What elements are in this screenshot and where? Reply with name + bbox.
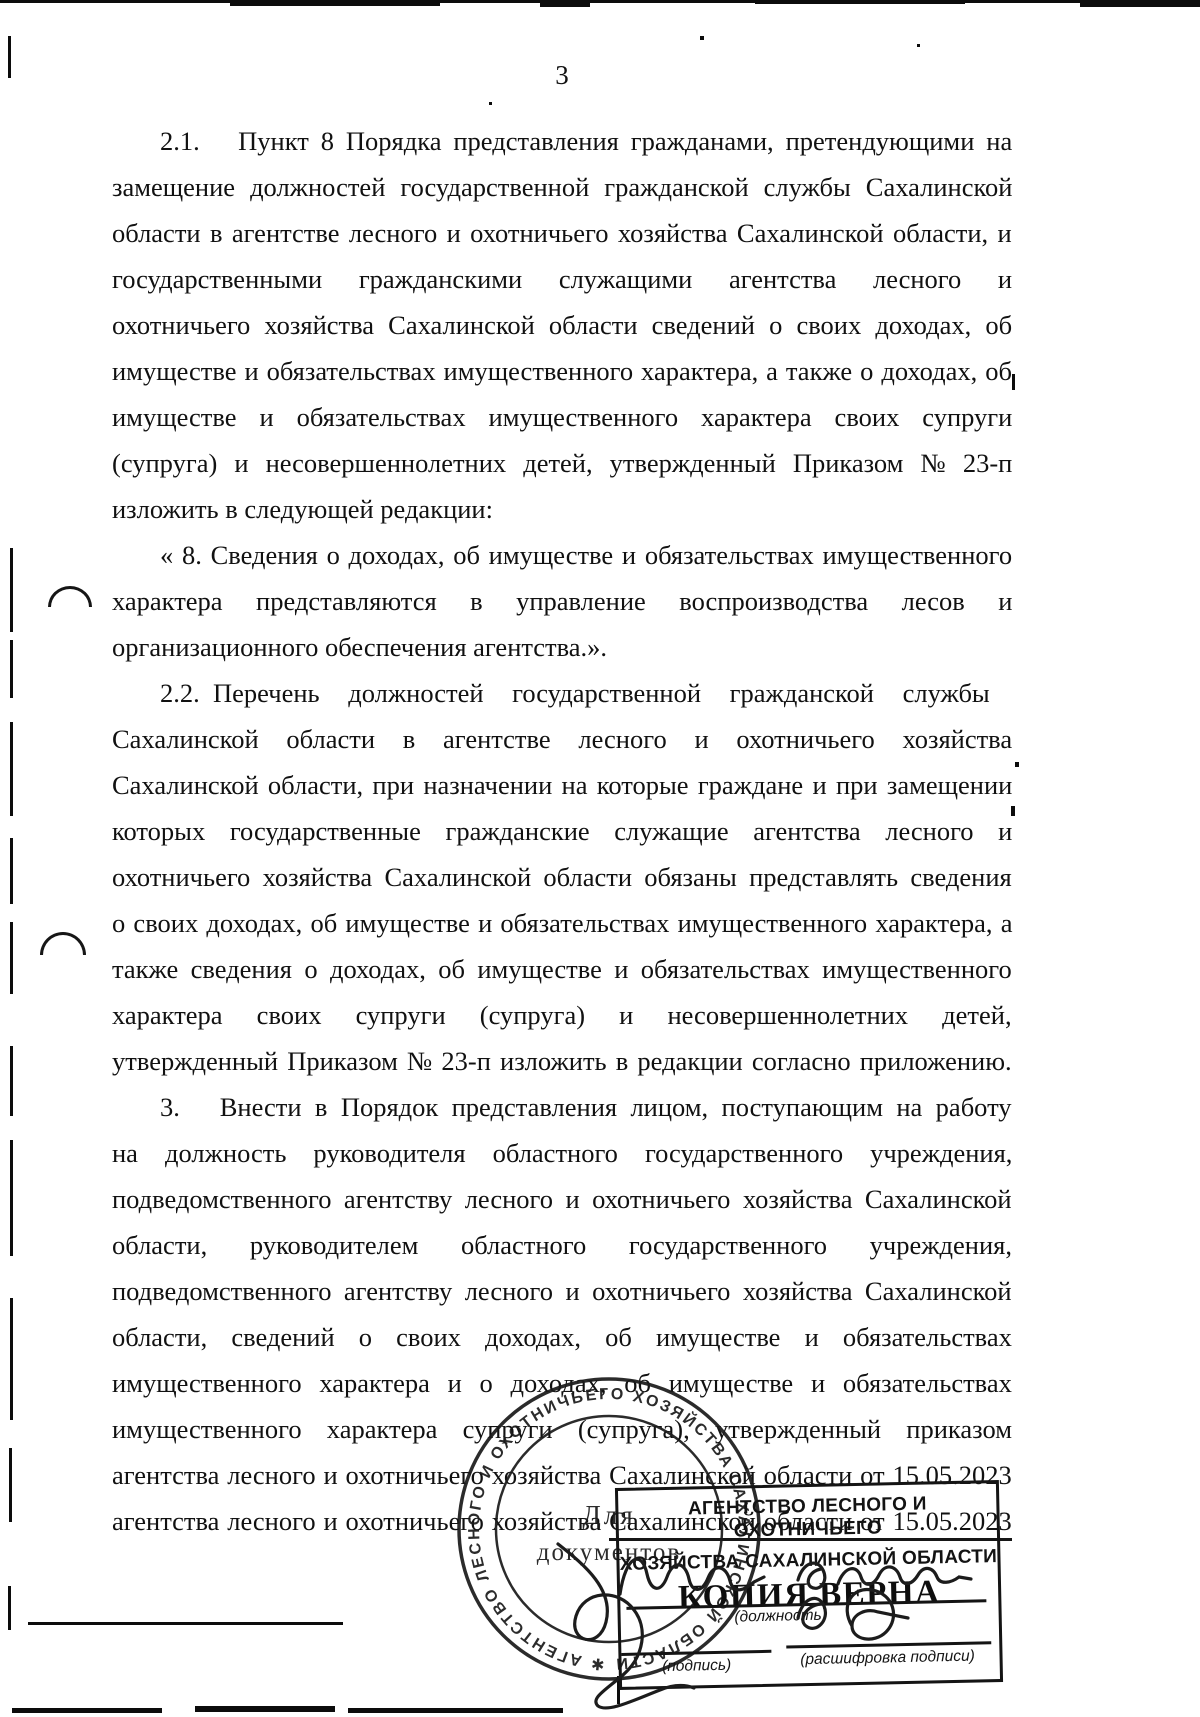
text-line-content: также сведения о доходах, об имуществе и… <box>112 954 1012 984</box>
text-line-content: имуществе и обязательствах имущественног… <box>112 402 1012 432</box>
text-line-content: которых государственные гражданские служ… <box>112 816 1012 846</box>
text-line: подведомственного агентству лесного и ох… <box>112 1176 1012 1222</box>
text-line-content: утвержденный Приказом № 23-п изложить в … <box>112 1046 1012 1076</box>
text-line-content: характера своих супруги (супруга) и несо… <box>112 1000 1012 1030</box>
text-line-content: замещение должностей государственной гра… <box>112 172 1012 202</box>
text-line-content: 2.1. Пункт 8 Порядка представления гражд… <box>160 126 1012 156</box>
text-line-content: Сахалинской области, при назначении на к… <box>112 770 1012 800</box>
scan-artifact <box>700 36 704 40</box>
scan-artifact <box>10 922 13 994</box>
signature-overlay <box>500 1520 1010 1715</box>
text-line-content: организационного обеспечения агентства.»… <box>112 632 607 662</box>
scan-artifact <box>12 1708 162 1713</box>
text-line-content: (супруга) и несовершеннолетних детей, ут… <box>112 448 1012 478</box>
scan-artifact <box>28 1622 343 1625</box>
pen-arc-mark <box>48 586 92 607</box>
page-number: 3 <box>112 60 1012 91</box>
scan-artifact <box>755 0 965 4</box>
text-line-content: области, руководителем областного госуда… <box>112 1230 1012 1260</box>
scan-artifact <box>1015 762 1019 767</box>
scan-artifact <box>10 1046 13 1116</box>
scan-artifact <box>1012 374 1015 390</box>
text-line: о своих доходах, об имуществе и обязател… <box>112 900 1012 946</box>
text-line-content: охотничьего хозяйства Сахалинской област… <box>112 310 1012 340</box>
document-page: 3 2.1. Пункт 8 Порядка представления гра… <box>0 0 1200 1717</box>
text-line: 3. Внести в Порядок представления лицом,… <box>112 1084 1012 1130</box>
text-line-content: подведомственного агентству лесного и ох… <box>112 1276 1012 1306</box>
scan-artifact <box>1080 0 1200 7</box>
scan-artifact <box>917 44 920 47</box>
scan-artifact <box>540 0 590 7</box>
text-line-content: подведомственного агентству лесного и ох… <box>112 1184 1012 1214</box>
text-line-content: государственными гражданскими служащими … <box>112 264 1012 294</box>
text-line-content: имуществе и обязательствах имущественног… <box>112 356 1012 386</box>
text-line-content: 2.2. Перечень должностей государственной… <box>160 678 990 708</box>
pen-arc-mark <box>40 932 86 955</box>
text-line: замещение должностей государственной гра… <box>112 164 1012 210</box>
scan-artifact <box>0 0 1200 3</box>
text-line: подведомственного агентству лесного и ох… <box>112 1268 1012 1314</box>
text-line: 2.1. Пункт 8 Порядка представления гражд… <box>112 118 1012 164</box>
handwritten-position <box>620 1559 971 1594</box>
text-line: (супруга) и несовершеннолетних детей, ут… <box>112 440 1012 486</box>
text-line-content: области, сведений о своих доходах, об им… <box>112 1322 1012 1352</box>
scan-artifact <box>10 1298 13 1420</box>
text-line-content: « 8. Сведения о доходах, об имуществе и … <box>160 540 1012 570</box>
scan-artifact <box>8 1586 11 1630</box>
text-line: на должность руководителя областного гос… <box>112 1130 1012 1176</box>
scan-artifact <box>10 1140 13 1256</box>
scan-artifact <box>10 722 13 816</box>
paragraph-lines: 2.1. Пункт 8 Порядка представления гражд… <box>112 118 1012 1498</box>
scan-artifact <box>8 36 11 78</box>
scan-artifact <box>10 640 13 698</box>
text-line: имуществе и обязательствах имущественног… <box>112 348 1012 394</box>
text-line: изложить в следующей редакции: <box>112 486 1012 532</box>
scan-artifact <box>195 1706 335 1712</box>
text-line-content: о своих доходах, об имуществе и обязател… <box>112 908 1012 938</box>
text-line: области в агентстве лесного и охотничьег… <box>112 210 1012 256</box>
text-line: Сахалинской области в агентстве лесного … <box>112 716 1012 762</box>
text-line: охотничьего хозяйства Сахалинской област… <box>112 302 1012 348</box>
text-line: характера своих супруги (супруга) и несо… <box>112 992 1012 1038</box>
text-line: характера представляются в управление во… <box>112 578 1012 624</box>
text-line: утвержденный Приказом № 23-п изложить в … <box>112 1038 1012 1084</box>
text-line-content: характера представляются в управление во… <box>112 586 1012 616</box>
scan-artifact <box>230 0 440 6</box>
text-line-content: Сахалинской области в агентстве лесного … <box>112 724 1012 754</box>
document-body: 2.1. Пункт 8 Порядка представления гражд… <box>112 118 1012 1544</box>
handwritten-transcript <box>798 1589 908 1639</box>
text-line-content: области в агентстве лесного и охотничьег… <box>112 218 1012 248</box>
text-line: охотничьего хозяйства Сахалинской област… <box>112 854 1012 900</box>
text-line: которых государственные гражданские служ… <box>112 808 1012 854</box>
text-line: области, сведений о своих доходах, об им… <box>112 1314 1012 1360</box>
text-line: Сахалинской области, при назначении на к… <box>112 762 1012 808</box>
scan-artifact <box>9 1448 12 1522</box>
text-line-content: 3. Внести в Порядок представления лицом,… <box>160 1092 1012 1122</box>
scan-artifact <box>489 102 492 105</box>
text-line: имуществе и обязательствах имущественног… <box>112 394 1012 440</box>
text-line: государственными гражданскими служащими … <box>112 256 1012 302</box>
text-line-content: на должность руководителя областного гос… <box>112 1138 1012 1168</box>
scan-artifact <box>10 838 13 904</box>
scan-artifact <box>10 548 13 632</box>
text-line: 2.2. Перечень должностей государственной… <box>112 670 1012 716</box>
text-line-content: охотничьего хозяйства Сахалинской област… <box>112 862 1012 892</box>
text-line: области, руководителем областного госуда… <box>112 1222 1012 1268</box>
text-line: организационного обеспечения агентства.»… <box>112 624 1012 670</box>
text-line-content: изложить в следующей редакции: <box>112 494 493 524</box>
text-line: « 8. Сведения о доходах, об имуществе и … <box>112 532 1012 578</box>
text-line: также сведения о доходах, об имуществе и… <box>112 946 1012 992</box>
